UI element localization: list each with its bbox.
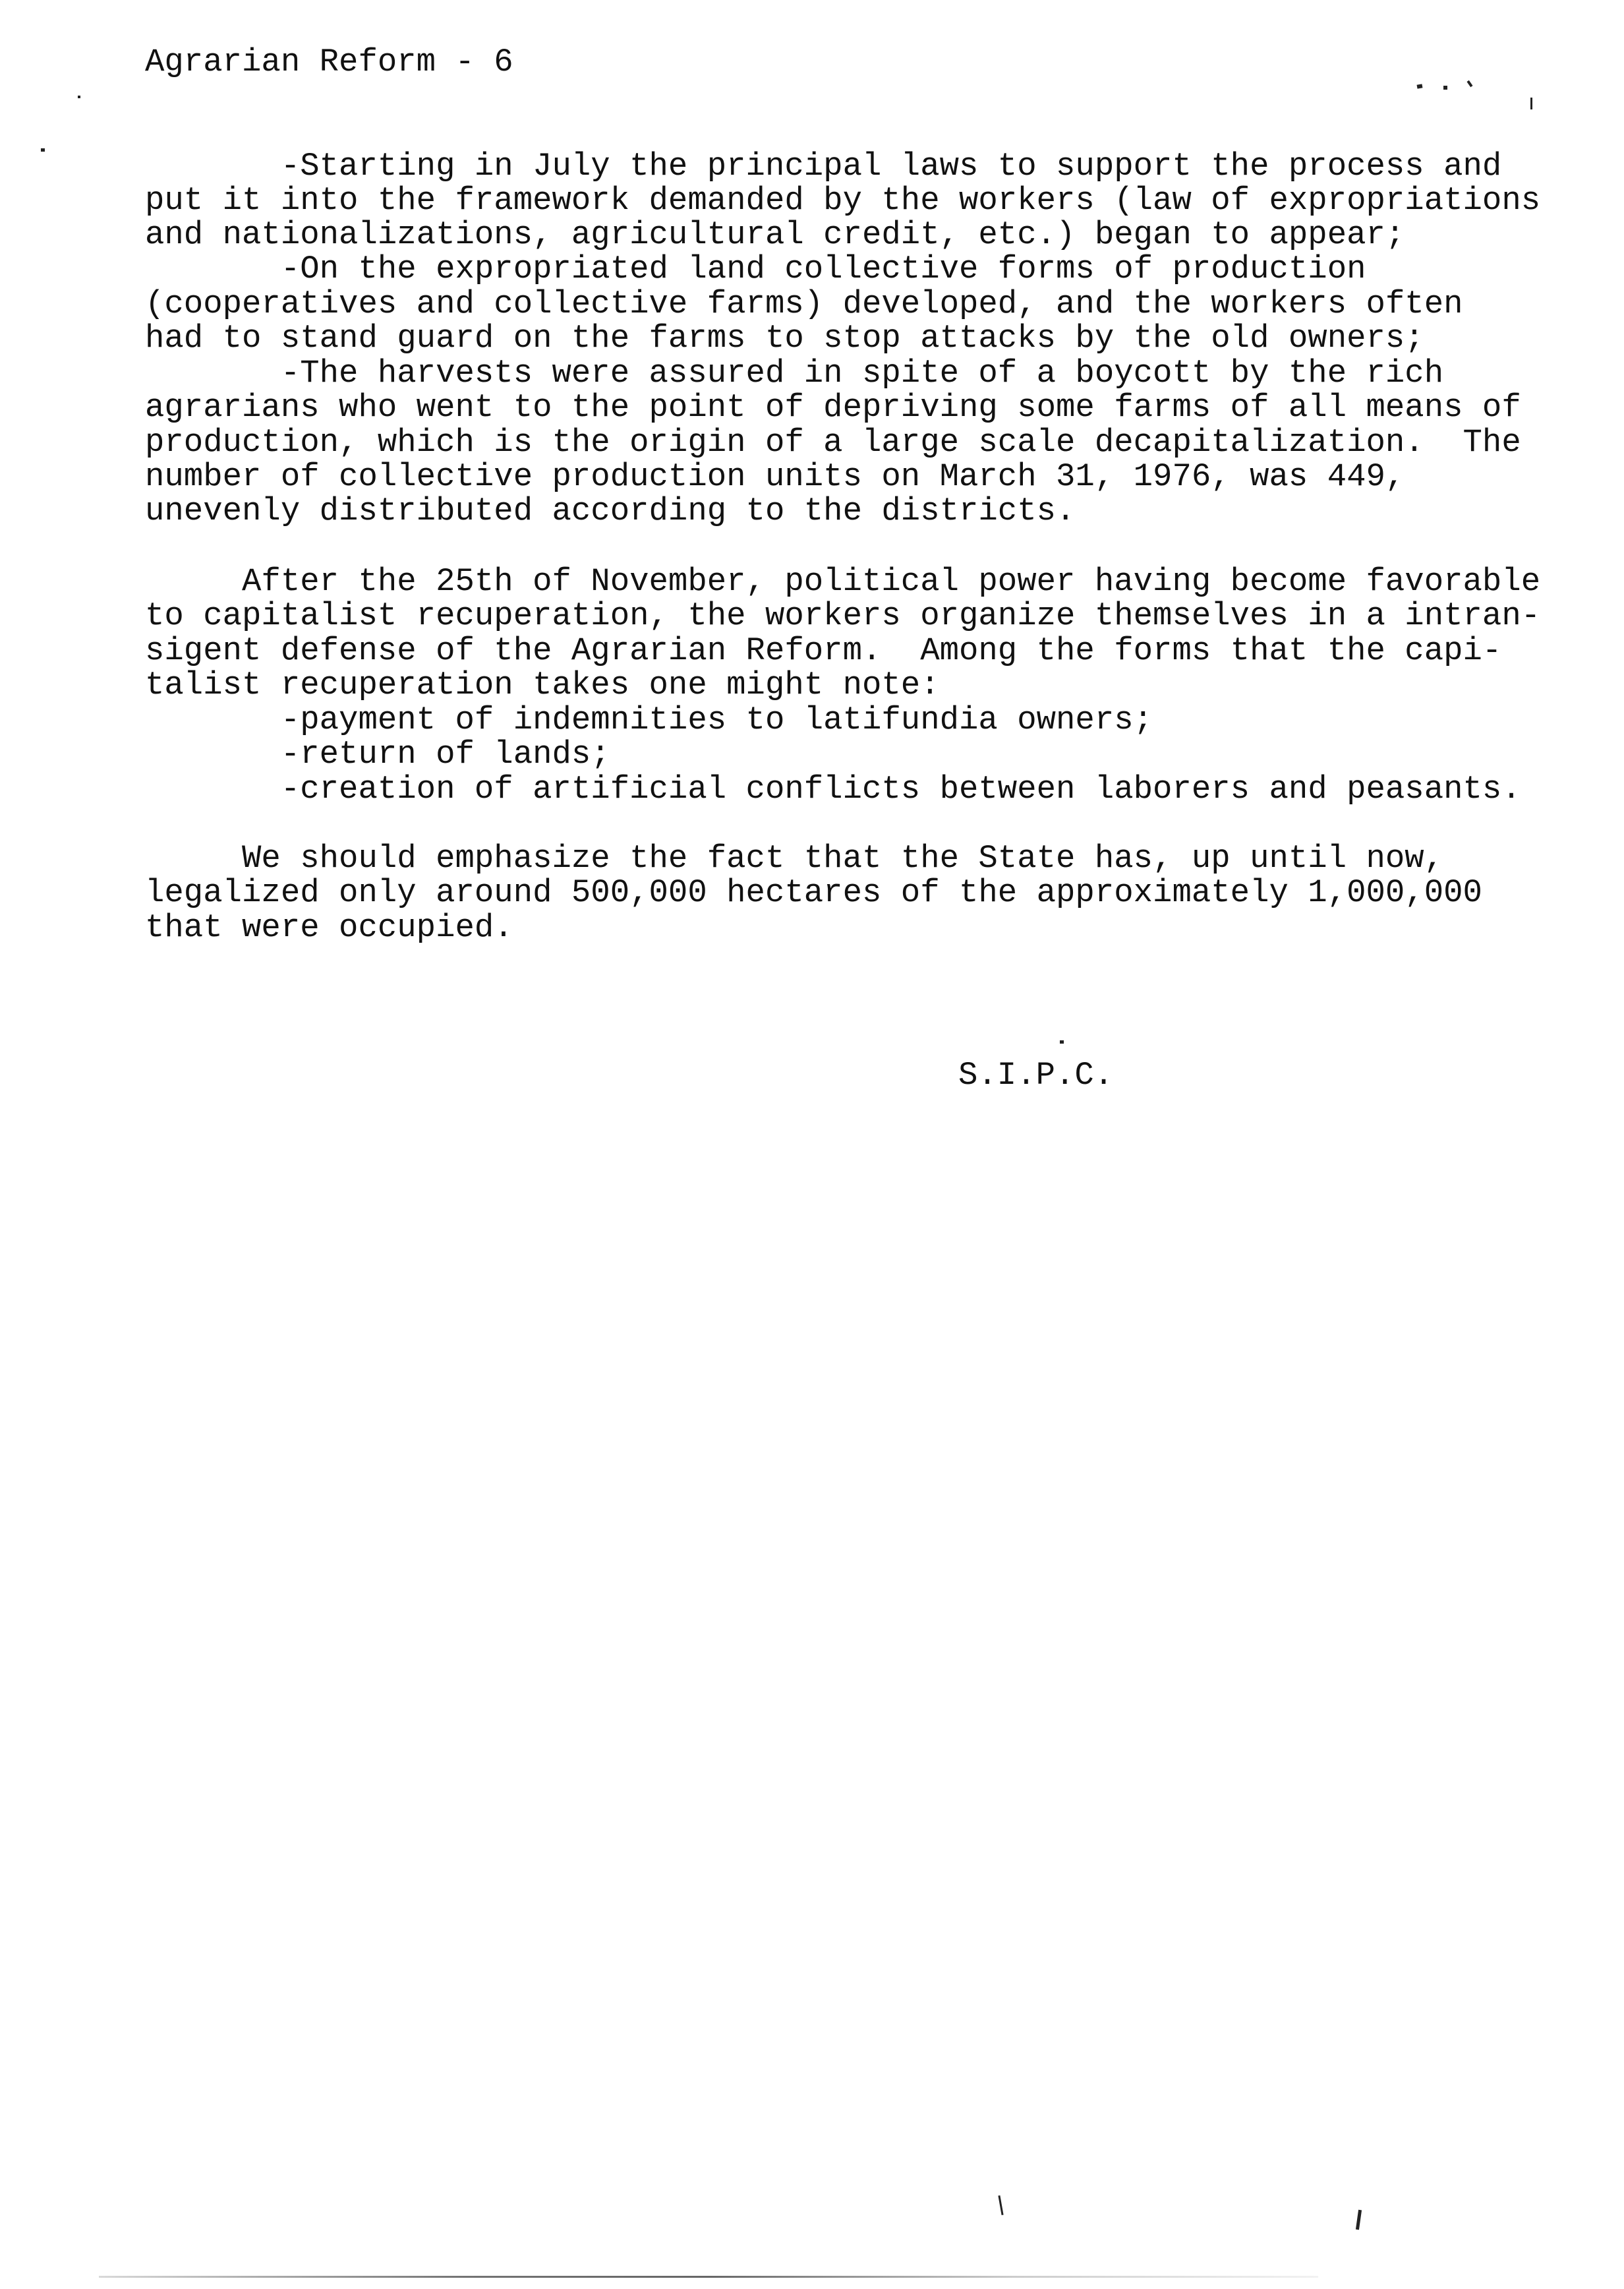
- paragraph-line: production, which is the origin of a lar…: [145, 427, 1521, 459]
- scan-speck: [1060, 1040, 1064, 1044]
- list-item: -creation of artificial conflicts betwee…: [145, 773, 1521, 806]
- list-item: -return of lands;: [145, 738, 610, 771]
- paragraph-line: and nationalizations, agricultural credi…: [145, 219, 1405, 251]
- paragraph-line: unevenly distributed according to the di…: [145, 495, 1075, 527]
- paragraph-line: We should emphasize the fact that the St…: [145, 843, 1443, 875]
- paragraph-line: talist recuperation takes one might note…: [145, 669, 940, 701]
- paragraph-line: (cooperatives and collective farms) deve…: [145, 288, 1463, 320]
- scan-speck: [1466, 80, 1472, 87]
- paragraph-line: that were occupied.: [145, 912, 513, 944]
- paragraph-line: agrarians who went to the point of depri…: [145, 392, 1521, 424]
- signature: S.I.P.C.: [958, 1059, 1113, 1092]
- paragraph-line: sigent defense of the Agrarian Reform. A…: [145, 635, 1501, 667]
- paragraph-line: number of collective production units on…: [145, 461, 1405, 493]
- page-header-title: Agrarian Reform - 6: [145, 46, 513, 78]
- scan-speck: [78, 96, 80, 98]
- paragraph-line: put it into the framework demanded by th…: [145, 185, 1540, 217]
- paragraph-line: -Starting in July the principal laws to …: [145, 150, 1501, 183]
- scan-speck: [1417, 84, 1423, 88]
- scan-speck: [41, 148, 45, 152]
- paragraph-line: -The harvests were assured in spite of a…: [145, 357, 1443, 390]
- scan-speck: [1443, 86, 1447, 90]
- paragraph-line: legalized only around 500,000 hectares o…: [145, 877, 1482, 909]
- paragraph-line: to capitalist recuperation, the workers …: [145, 600, 1540, 632]
- list-item: -payment of indemnities to latifundia ow…: [145, 704, 1153, 736]
- scan-speck: [998, 2195, 1003, 2215]
- scan-speck: [1356, 2210, 1362, 2230]
- document-page: Agrarian Reform - 6 -Starting in July th…: [0, 0, 1624, 2289]
- paragraph-line: had to stand guard on the farms to stop …: [145, 322, 1424, 355]
- paragraph-line: -On the expropriated land collective for…: [145, 253, 1366, 285]
- scan-speck: [1530, 98, 1532, 109]
- scan-edge-line: [99, 2276, 1318, 2278]
- paragraph-line: After the 25th of November, political po…: [145, 566, 1540, 598]
